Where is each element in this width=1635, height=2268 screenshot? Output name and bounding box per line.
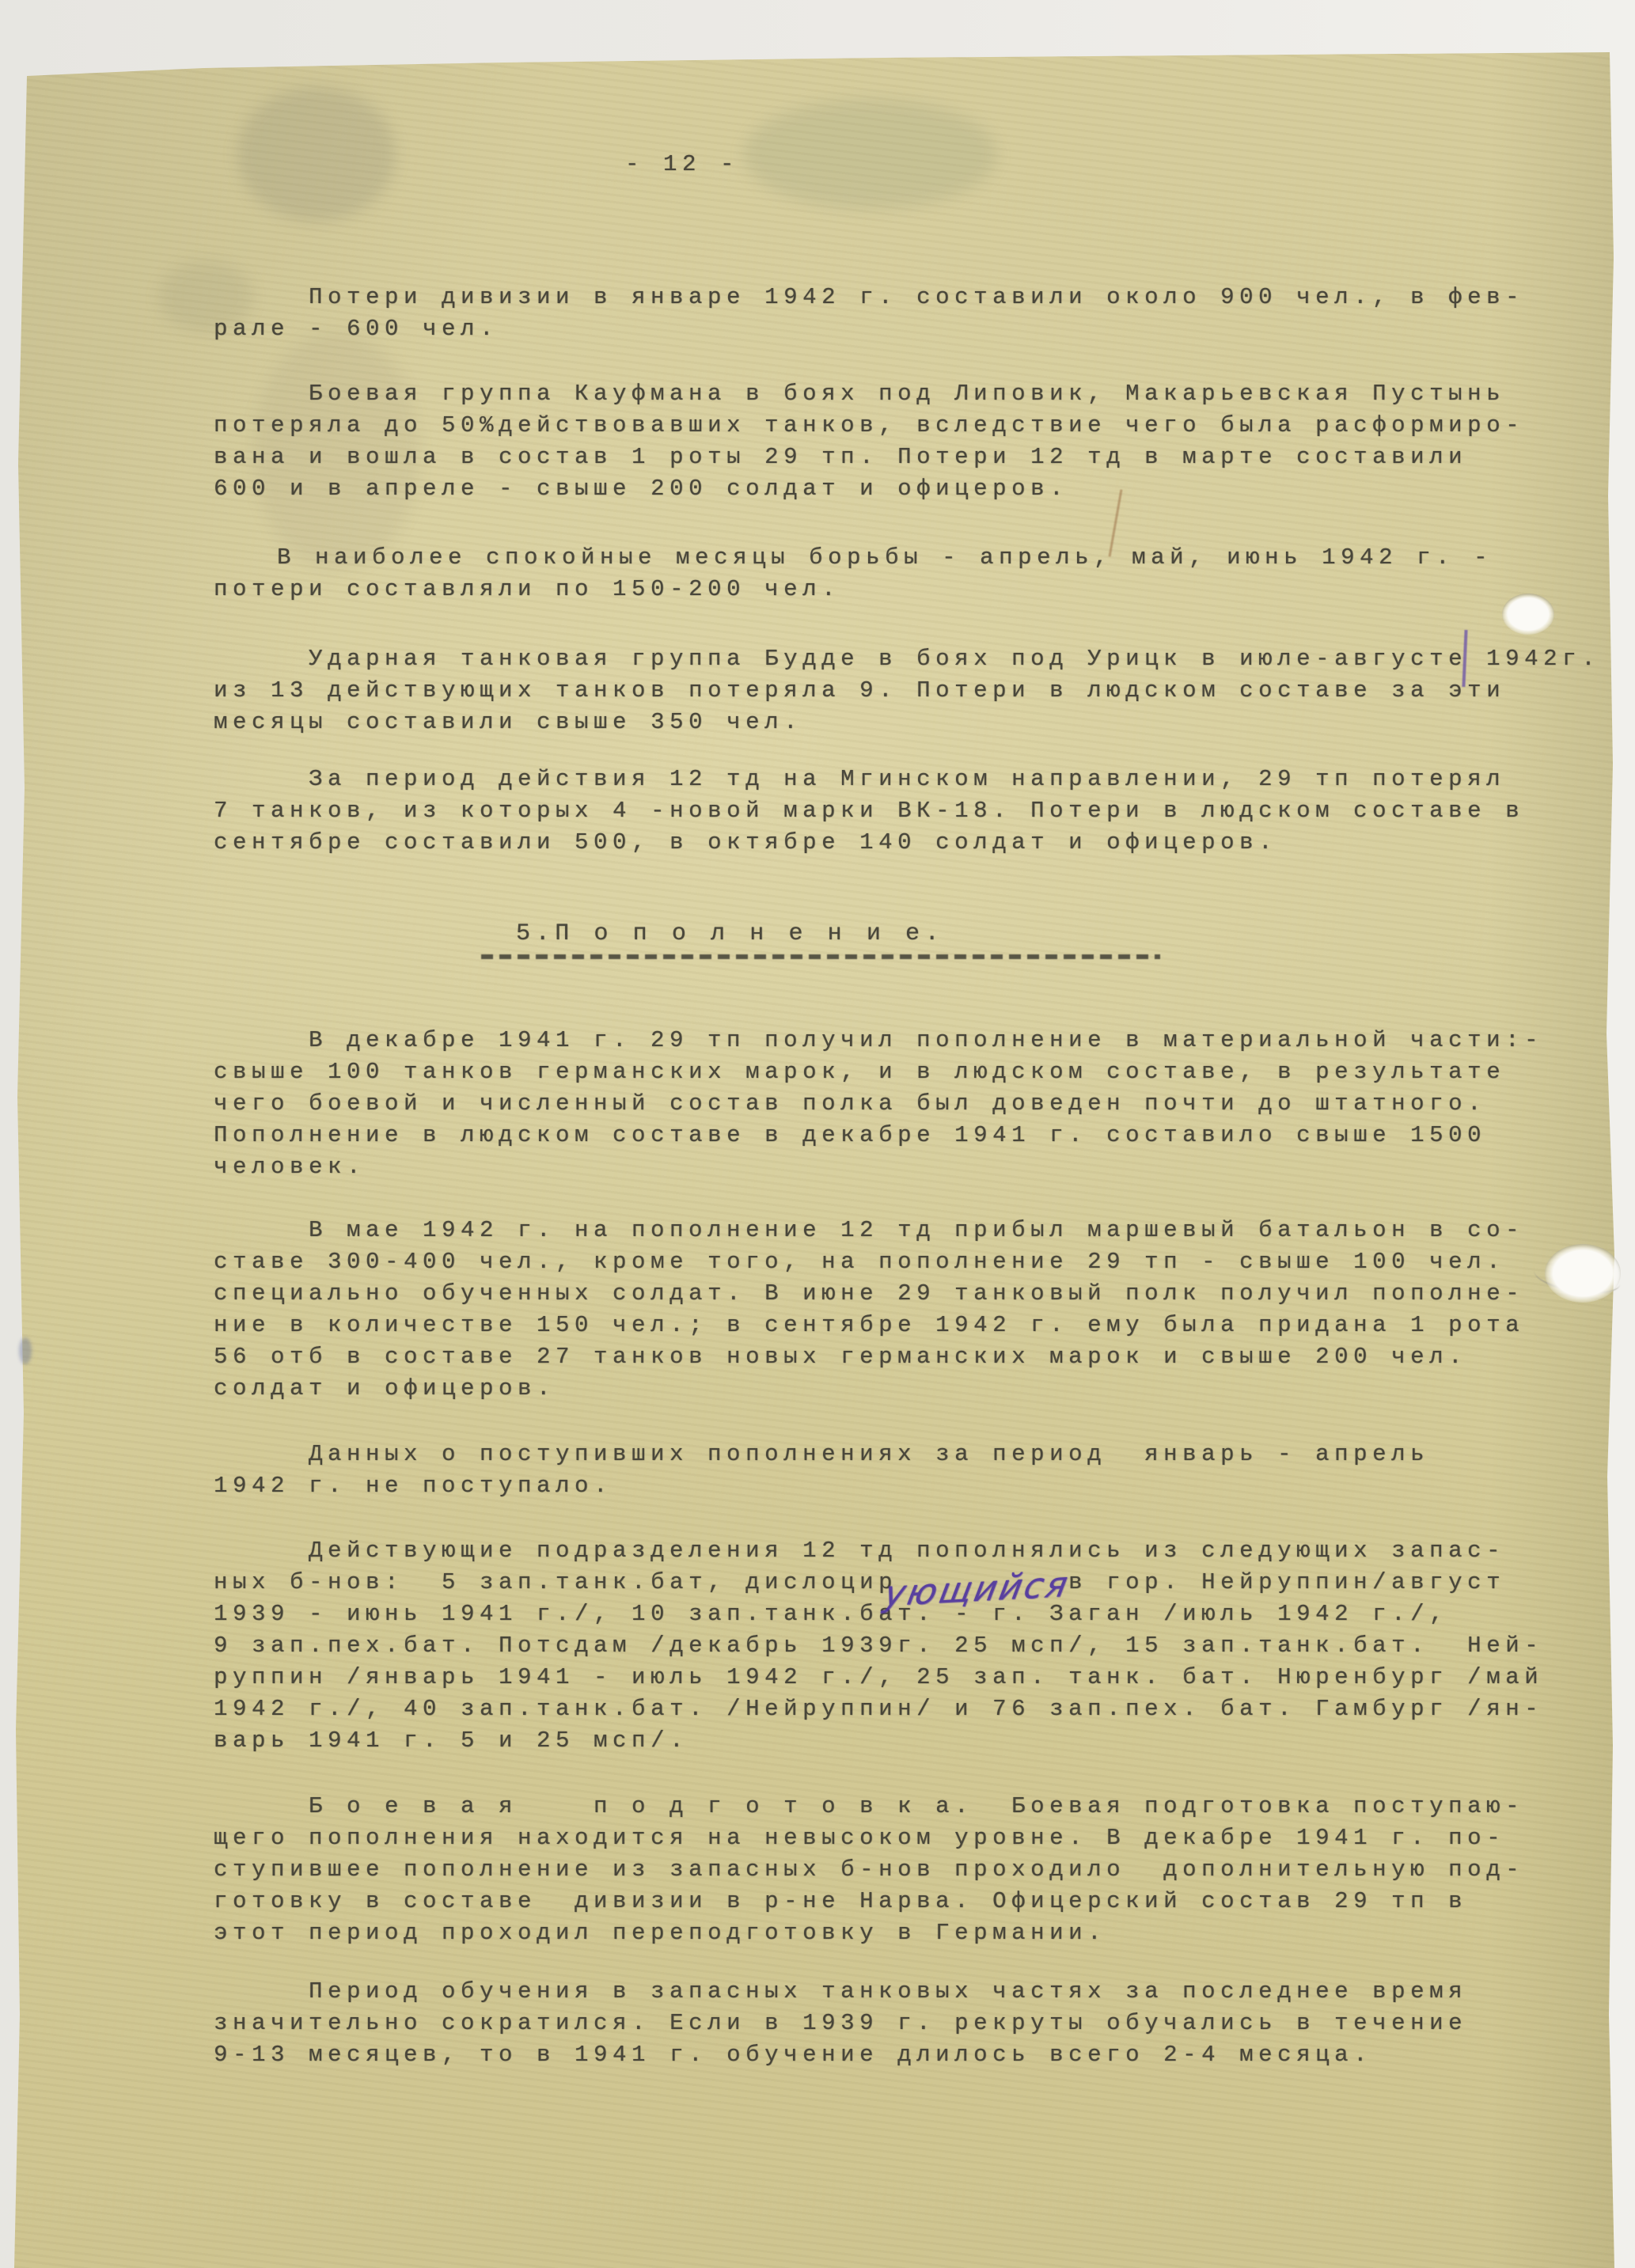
paragraph: Ударная танковая группа Будде в боях под… xyxy=(214,643,1600,738)
bleed-through-smudge xyxy=(744,99,997,210)
text-line: человек. xyxy=(214,1151,1543,1183)
text-line: руппин /январь 1941 - июль 1942 г./, 25 … xyxy=(214,1662,1543,1693)
text-line: 600 и в апреле - свыше 200 солдат и офиц… xyxy=(214,473,1524,505)
text-line: Б о е в а я п о д г о т о в к а. Боевая … xyxy=(214,1791,1524,1822)
paragraph: Боевая группа Кауфмана в боях под Липови… xyxy=(214,378,1524,505)
text-line: Пополнение в людском составе в декабре 1… xyxy=(214,1120,1543,1151)
heading-underline xyxy=(481,954,1160,959)
text-line: 9-13 месяцев, то в 1941 г. обучение длил… xyxy=(214,2039,1467,2071)
left-margin-ink-mark xyxy=(19,1337,32,1364)
text-line: ние в количестве 150 чел.; в сентябре 19… xyxy=(214,1310,1524,1341)
bleed-through-smudge xyxy=(237,87,396,222)
text-line: этот период проходил переподготовку в Ге… xyxy=(214,1917,1524,1949)
text-line: В мае 1942 г. на пополнение 12 тд прибыл… xyxy=(214,1215,1524,1246)
text-line: 56 отб в составе 27 танков новых германс… xyxy=(214,1341,1524,1373)
text-line: 7 танков, из которых 4 -новой марки ВК-1… xyxy=(214,795,1524,827)
text-line: сентябре составили 500, в октябре 140 со… xyxy=(214,827,1524,859)
paragraph: Данных о поступивших пополнениях за пери… xyxy=(214,1439,1429,1502)
text-line: свыше 100 танков германских марок, и в л… xyxy=(214,1056,1543,1088)
text-line: Период обучения в запасных танковых част… xyxy=(214,1976,1467,2008)
paragraph: За период действия 12 тд на Мгинском нап… xyxy=(214,764,1524,859)
text-line: За период действия 12 тд на Мгинском нап… xyxy=(214,764,1524,795)
paragraph: Потери дивизии в январе 1942 г. составил… xyxy=(214,282,1524,345)
text-line: Данных о поступивших пополнениях за пери… xyxy=(214,1439,1429,1470)
text-line: Действующие подразделения 12 тд пополнял… xyxy=(214,1535,1543,1567)
text-line: В декабре 1941 г. 29 тп получил пополнен… xyxy=(214,1025,1543,1056)
text-line: солдат и офицеров. xyxy=(214,1373,1524,1405)
text-line: варь 1941 г. 5 и 25 мсп/. xyxy=(214,1725,1543,1757)
text-line: Боевая группа Кауфмана в боях под Липови… xyxy=(214,378,1524,410)
text-line: Потери дивизии в январе 1942 г. составил… xyxy=(214,282,1524,313)
text-line: 1942 г. не поступало. xyxy=(214,1470,1429,1502)
text-line: готовку в составе дивизии в р-не Нарва. … xyxy=(214,1886,1524,1917)
page-number: - 12 - xyxy=(625,150,739,179)
text-line: потеряла до 50%действовавших танков, всл… xyxy=(214,410,1524,442)
paragraph: Б о е в а я п о д г о т о в к а. Боевая … xyxy=(214,1791,1524,1949)
text-line: ставе 300-400 чел., кроме того, на попол… xyxy=(214,1246,1524,1278)
text-line: ных б-нов: 5 зап.танк.бат, дислоцир в го… xyxy=(214,1567,1543,1599)
punch-hole xyxy=(1502,594,1554,635)
text-line: чего боевой и численный состав полка был… xyxy=(214,1088,1543,1120)
text-line: ступившее пополнение из запасных б-нов п… xyxy=(214,1854,1524,1886)
text-line: месяцы составили свыше 350 чел. xyxy=(214,707,1600,738)
text-line: значительно сократился. Если в 1939 г. р… xyxy=(214,2008,1467,2039)
paragraph: Период обучения в запасных танковых част… xyxy=(214,1976,1467,2071)
text-line: специально обученных солдат. В июне 29 т… xyxy=(214,1278,1524,1310)
text-line: вана и вошла в состав 1 роты 29 тп. Поте… xyxy=(214,442,1524,473)
text-line: Ударная танковая группа Будде в боях под… xyxy=(214,643,1600,675)
paragraph: В наиболее спокойные месяцы борьбы - апр… xyxy=(214,542,1493,605)
text-line: рале - 600 чел. xyxy=(214,313,1524,345)
paragraph: Действующие подразделения 12 тд пополнял… xyxy=(214,1535,1543,1757)
text-line: 1942 г./, 40 зап.танк.бат. /Нейруппин/ и… xyxy=(214,1693,1543,1725)
paragraph: В мае 1942 г. на пополнение 12 тд прибыл… xyxy=(214,1215,1524,1405)
text-line: 9 зап.пех.бат. Потсдам /декабрь 1939г. 2… xyxy=(214,1630,1543,1662)
text-line: 1939 - июнь 1941 г./, 10 зап.танк.бат. -… xyxy=(214,1599,1543,1630)
text-line: из 13 действующих танков потеряла 9. Пот… xyxy=(214,675,1600,707)
punch-hole xyxy=(1545,1244,1621,1303)
paragraph: В декабре 1941 г. 29 тп получил пополнен… xyxy=(214,1025,1543,1183)
text-line: щего пополнения находится на невысоком у… xyxy=(214,1822,1524,1854)
scanned-document-page: { "page": { "number_label": "- 12 -", "p… xyxy=(0,0,1635,2268)
text-line: В наиболее спокойные месяцы борьбы - апр… xyxy=(214,542,1493,574)
section-heading: 5.П о п о л н е н и е. xyxy=(516,920,944,947)
text-line: потери составляли по 150-200 чел. xyxy=(214,574,1493,605)
